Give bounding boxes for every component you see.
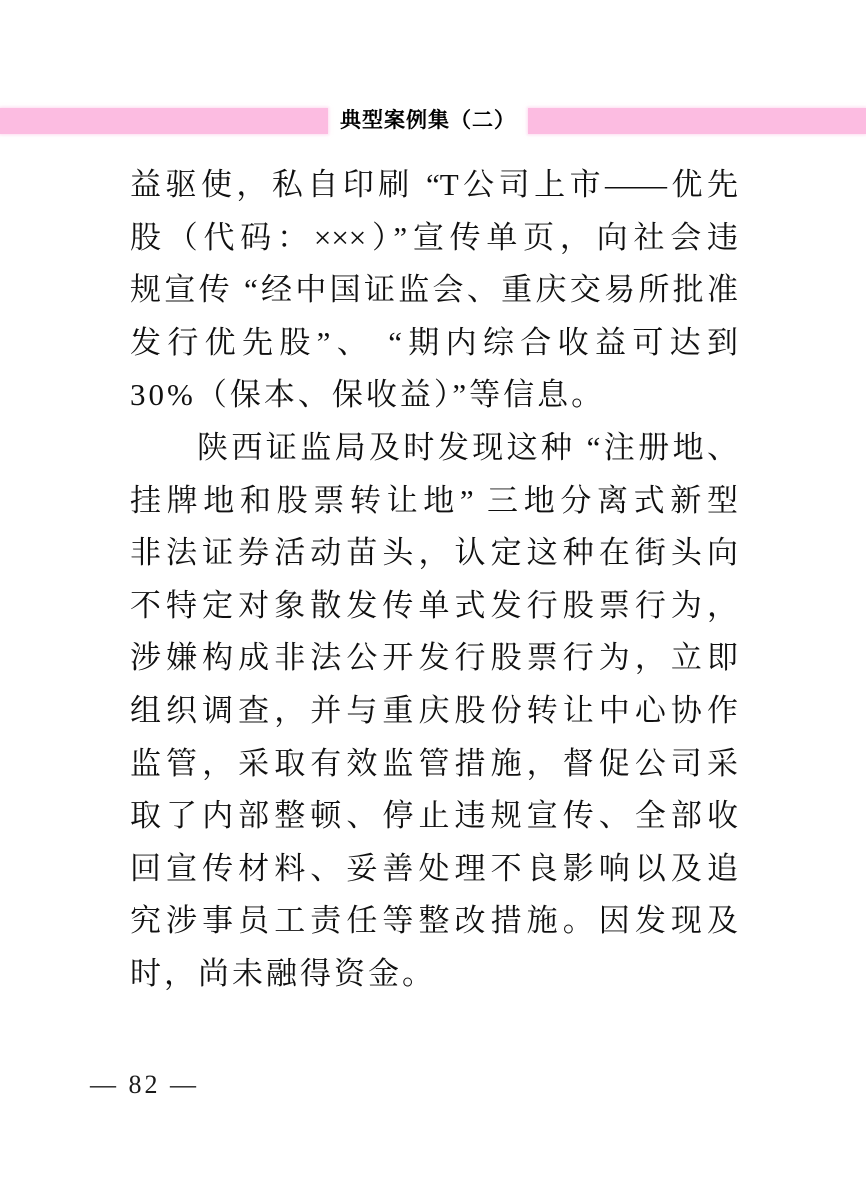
text-line: 股（代码：×××）”宣传单页，向社会违 [130,212,738,265]
body-text: 益驱使，私自印刷 “T公司上市——优先 股（代码：×××）”宣传单页，向社会违 … [130,159,738,1001]
text-line: 挂牌地和股票转让地” 三地分离式新型 [130,475,738,528]
header-rule-right [528,108,866,134]
text-line: 益驱使，私自印刷 “T公司上市——优先 [130,159,738,212]
page-number: — 82 — [90,1070,199,1100]
running-head-title: 典型案例集（二） [328,106,528,135]
text-line: 回宣传材料、妥善处理不良影响以及追 [130,843,738,896]
text-line-paragraph-start: 陕西证监局及时发现这种 “注册地、 [130,422,738,475]
book-page: 典型案例集（二） 益驱使，私自印刷 “T公司上市——优先 股（代码：×××）”宣… [0,0,866,1189]
header-rule-left [0,108,328,134]
text-line: 非法证券活动苗头，认定这种在街头向 [130,527,738,580]
text-line: 规宣传 “经中国证监会、重庆交易所批准 [130,264,738,317]
text-line: 发行优先股”、 “期内综合收益可达到 [130,317,738,370]
text-line-paragraph-end: 30%（保本、保收益）”等信息。 [130,369,738,422]
text-line-paragraph-end: 时，尚未融得资金。 [130,948,738,1001]
text-line: 组织调查，并与重庆股份转让中心协作 [130,685,738,738]
text-line: 监管，采取有效监管措施，督促公司采 [130,738,738,791]
text-line: 究涉事员工责任等整改措施。因发现及 [130,895,738,948]
text-line: 不特定对象散发传单式发行股票行为， [130,580,738,633]
text-line: 取了内部整顿、停止违规宣传、全部收 [130,790,738,843]
text-line: 涉嫌构成非法公开发行股票行为，立即 [130,632,738,685]
